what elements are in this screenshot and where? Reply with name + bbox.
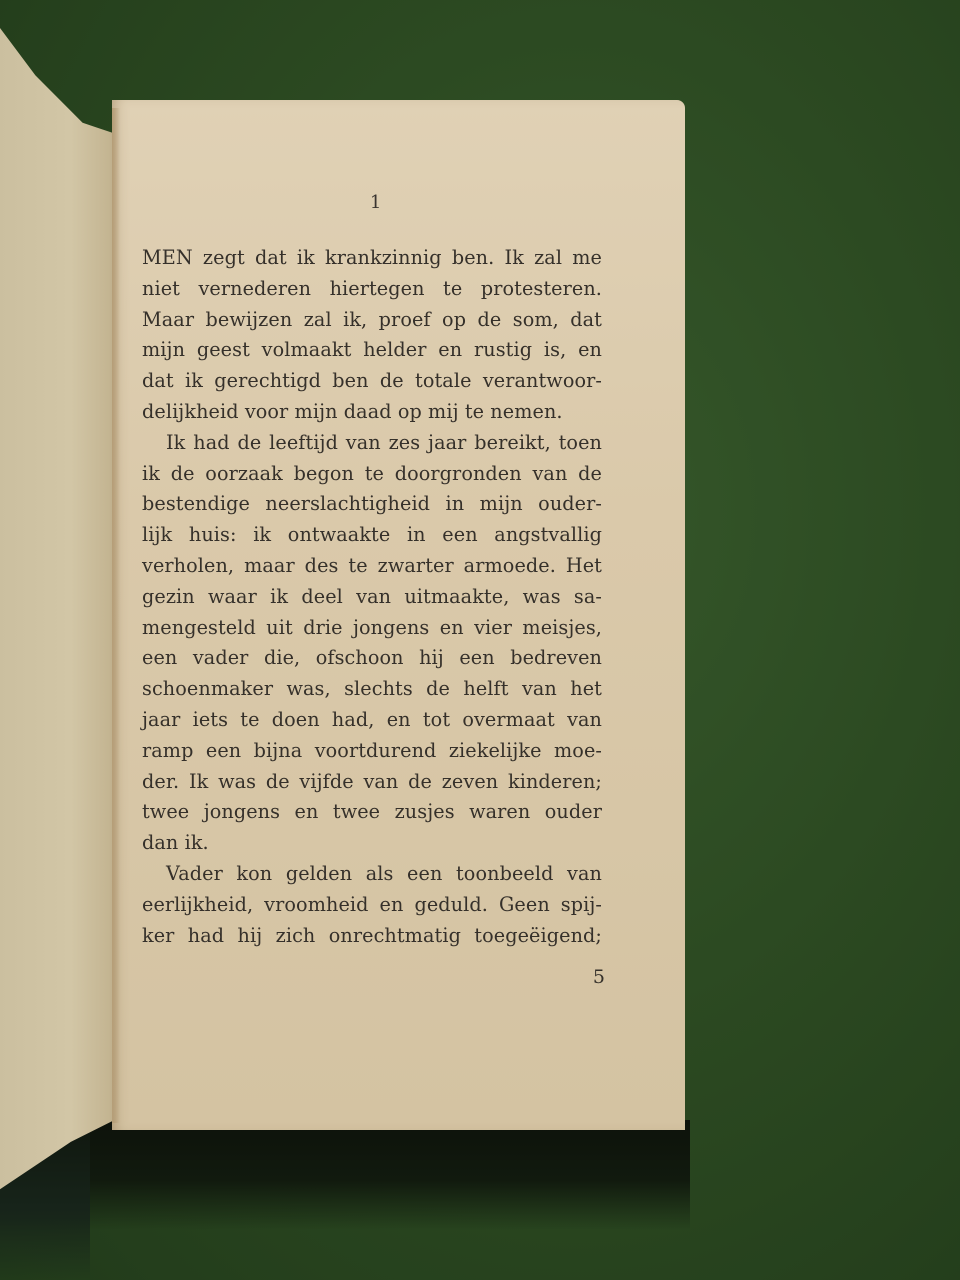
- text-line: Vader kon gelden als een toonbeeld van: [142, 859, 602, 890]
- text-line: eerlijkheid, vroomheid en geduld. Geen s…: [142, 890, 602, 921]
- right-page: 1 MEN zegt dat ik krankzinnig ben. Ik za…: [112, 100, 685, 1130]
- text-line: verholen, maar des te zwarter armoede. H…: [142, 551, 602, 582]
- page-gutter: [112, 108, 120, 1123]
- chapter-number: 1: [89, 192, 662, 213]
- text-line: niet vernederen hiertegen te protesteren…: [142, 274, 602, 305]
- text-line: ker had hij zich onrechtmatig toegeëigen…: [142, 921, 602, 952]
- text-line: een vader die, ofschoon hij een bedreven: [142, 643, 602, 674]
- text-line: ramp een bijna voortdurend ziekelijke mo…: [142, 736, 602, 767]
- text-line: MEN zegt dat ik krankzinnig ben. Ik zal …: [142, 243, 602, 274]
- text-line: der. Ik was de vijfde van de zeven kinde…: [142, 767, 602, 798]
- text-line: twee jongens en twee zusjes waren ouder: [142, 797, 602, 828]
- text-line: Maar bewijzen zal ik, proef op de som, d…: [142, 305, 602, 336]
- text-line: jaar iets te doen had, en tot overmaat v…: [142, 705, 602, 736]
- text-line: dan ik.: [142, 828, 602, 859]
- text-line: schoenmaker was, slechts de helft van he…: [142, 674, 602, 705]
- text-line: mijn geest volmaakt helder en rustig is,…: [142, 335, 602, 366]
- body-text: MEN zegt dat ik krankzinnig ben. Ik zal …: [142, 243, 602, 951]
- text-line: ik de oorzaak begon te doorgronden van d…: [142, 459, 602, 490]
- text-line: bestendige neerslachtigheid in mijn oude…: [142, 489, 602, 520]
- text-line: dat ik gerechtigd ben de totale verantwo…: [142, 366, 602, 397]
- text-line: Ik had de leeftijd van zes jaar bereikt,…: [142, 428, 602, 459]
- text-line: lijk huis: ik ontwaakte in een angstvall…: [142, 520, 602, 551]
- text-line: gezin waar ik deel van uitmaakte, was sa…: [142, 582, 602, 613]
- page-number: 5: [593, 966, 605, 988]
- book-shadow: [0, 1120, 690, 1230]
- text-line: mengesteld uit drie jongens en vier meis…: [142, 613, 602, 644]
- text-line: delijkheid voor mijn daad op mij te neme…: [142, 397, 602, 428]
